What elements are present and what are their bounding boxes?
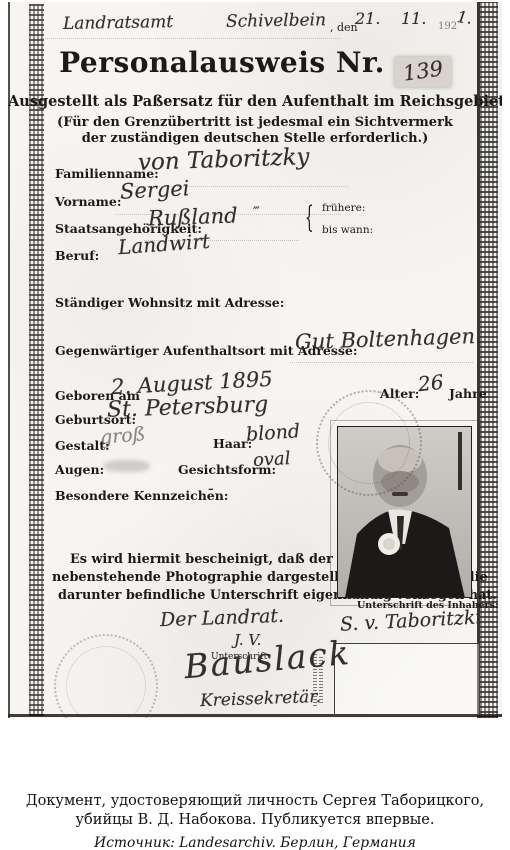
official-signature-handwriting: Bauslack [183, 633, 353, 686]
gesichtsform-value-handwriting: oval [252, 448, 291, 471]
note-line-2: der zuständigen deutschen Stelle erforde… [8, 131, 502, 146]
identity-document-scan: Landratsamt Schivelbein , den 21. 11. 19… [8, 2, 502, 718]
header-dotted-line [40, 38, 340, 39]
issuing-place-handwriting: Schivelbein [226, 10, 326, 32]
document-title: Personalausweis Nr. [59, 46, 385, 79]
wohnsitz-label: Ständiger Wohnsitz mit Adresse: [55, 295, 284, 310]
geburtsort-value-handwriting: St. Petersburg [107, 392, 269, 423]
ditto-marks-handwriting: ‴ [253, 205, 260, 220]
landrat-handwriting: Der Landrat. [160, 605, 285, 631]
vorname-label: Vorname: [55, 194, 121, 209]
kennzeichen-value-handwriting: - [208, 479, 214, 499]
subtitle: Ausgestellt als Paßersatz für den Aufent… [8, 93, 502, 110]
title-row: Personalausweis Nr.139 [8, 46, 502, 87]
aufenthaltsort-dotted-line [290, 362, 473, 363]
kennzeichen-label: Besondere Kennzeichen: [55, 488, 228, 503]
issuing-office-handwriting: Landratsamt [63, 12, 174, 34]
augen-value-illegible-smudge [104, 460, 150, 472]
day-handwriting: 21. [355, 9, 380, 28]
book-caption: Документ, удостоверяющий личность Сергея… [0, 792, 510, 850]
round-stamp-bottom-left [47, 627, 164, 718]
familienname-value-handwriting: von Taboritzky [138, 144, 310, 176]
year-handwriting: 1. [456, 7, 474, 28]
kreissekretaer-handwriting: Kreissekretär. [200, 687, 322, 711]
caption-source-line: Источник: Landesarchiv. Берлин, Германия [0, 834, 510, 850]
document-number-handwriting: 139 [401, 56, 444, 85]
note-line-1: (Für den Grenzübertritt ist jedesmal ein… [8, 115, 502, 130]
document-number-box: 139 [395, 57, 451, 87]
alter-value-handwriting: 26 [417, 370, 445, 397]
aufenthaltsort-value-handwriting: Gut Boltenhagen. [295, 324, 482, 355]
staatsangehoerigkeit-value-handwriting: Rußland [148, 203, 238, 230]
augen-label: Augen: [55, 462, 104, 477]
vorname-value-handwriting: Sergei [119, 176, 190, 204]
den-label: , den [330, 21, 358, 34]
caption-line-1: Документ, удостоверяющий личность Сергея… [0, 792, 510, 811]
gestalt-value-handwriting: groß [99, 423, 146, 449]
year-printed: 192 [438, 21, 457, 32]
jahre-label: Jahre [449, 386, 487, 401]
ornamental-border-left [29, 4, 44, 716]
beruf-value-handwriting: Landwirt [117, 229, 210, 259]
haar-value-handwriting: blond [245, 420, 300, 446]
month-handwriting: 11. [401, 9, 426, 28]
caption-line-2: убийцы В. Д. Набокова. Публикуется вперв… [0, 811, 510, 830]
beruf-label: Beruf: [55, 248, 99, 263]
fruehere-label: frühere: [322, 202, 365, 214]
bis-wann-label: bis wann: [322, 224, 373, 236]
frueher-brace: { [305, 200, 314, 235]
empty-signature-box [334, 643, 480, 715]
